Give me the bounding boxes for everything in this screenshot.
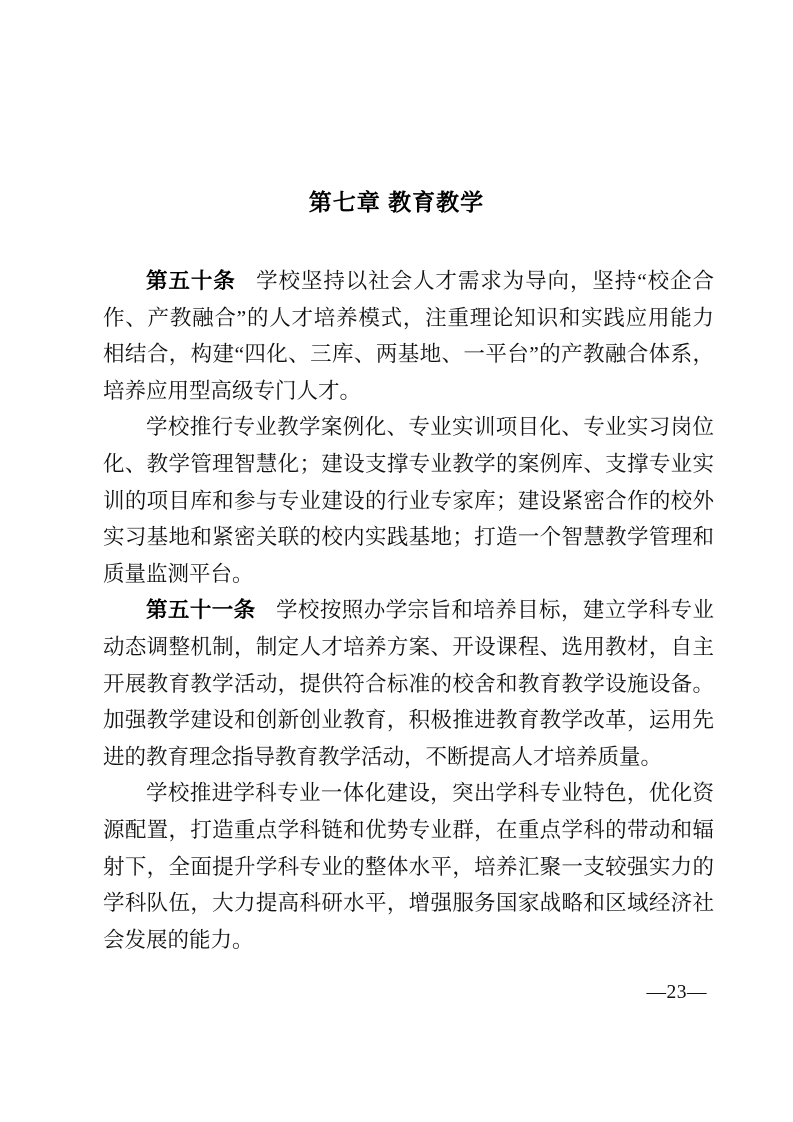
paragraph-text: 学校推行专业教学案例化、专业实训项目化、专业实习岗位化、教学管理智慧化；建设支撑… xyxy=(103,415,714,585)
paragraph: 学校推进学科专业一体化建设，突出学科专业特色，优化资源配置，打造重点学科链和优势… xyxy=(103,775,714,958)
paragraph-article-50: 第五十条学校坚持以社会人才需求为导向，坚持“校企合作、产教融合”的人才培养模式，… xyxy=(103,263,714,409)
paragraph-text: 学校推进学科专业一体化建设，突出学科专业特色，优化资源配置，打造重点学科链和优势… xyxy=(103,781,714,951)
chapter-title: 第七章 教育教学 xyxy=(0,184,793,217)
page-number: —23— xyxy=(647,982,708,1004)
paragraph-article-51: 第五十一条学校按照办学宗旨和培养目标，建立学科专业动态调整机制，制定人才培养方案… xyxy=(103,592,714,775)
paragraph-text: 学校按照办学宗旨和培养目标，建立学科专业动态调整机制，制定人才培养方案、开设课程… xyxy=(103,598,714,768)
document-page: 第七章 教育教学 第五十条学校坚持以社会人才需求为导向，坚持“校企合作、产教融合… xyxy=(0,0,793,1122)
paragraph: 学校推行专业教学案例化、专业实训项目化、专业实习岗位化、教学管理智慧化；建设支撑… xyxy=(103,409,714,592)
document-body: 第五十条学校坚持以社会人才需求为导向，坚持“校企合作、产教融合”的人才培养模式，… xyxy=(103,263,714,958)
article-number: 第五十一条 xyxy=(146,598,256,622)
article-number: 第五十条 xyxy=(146,269,236,293)
